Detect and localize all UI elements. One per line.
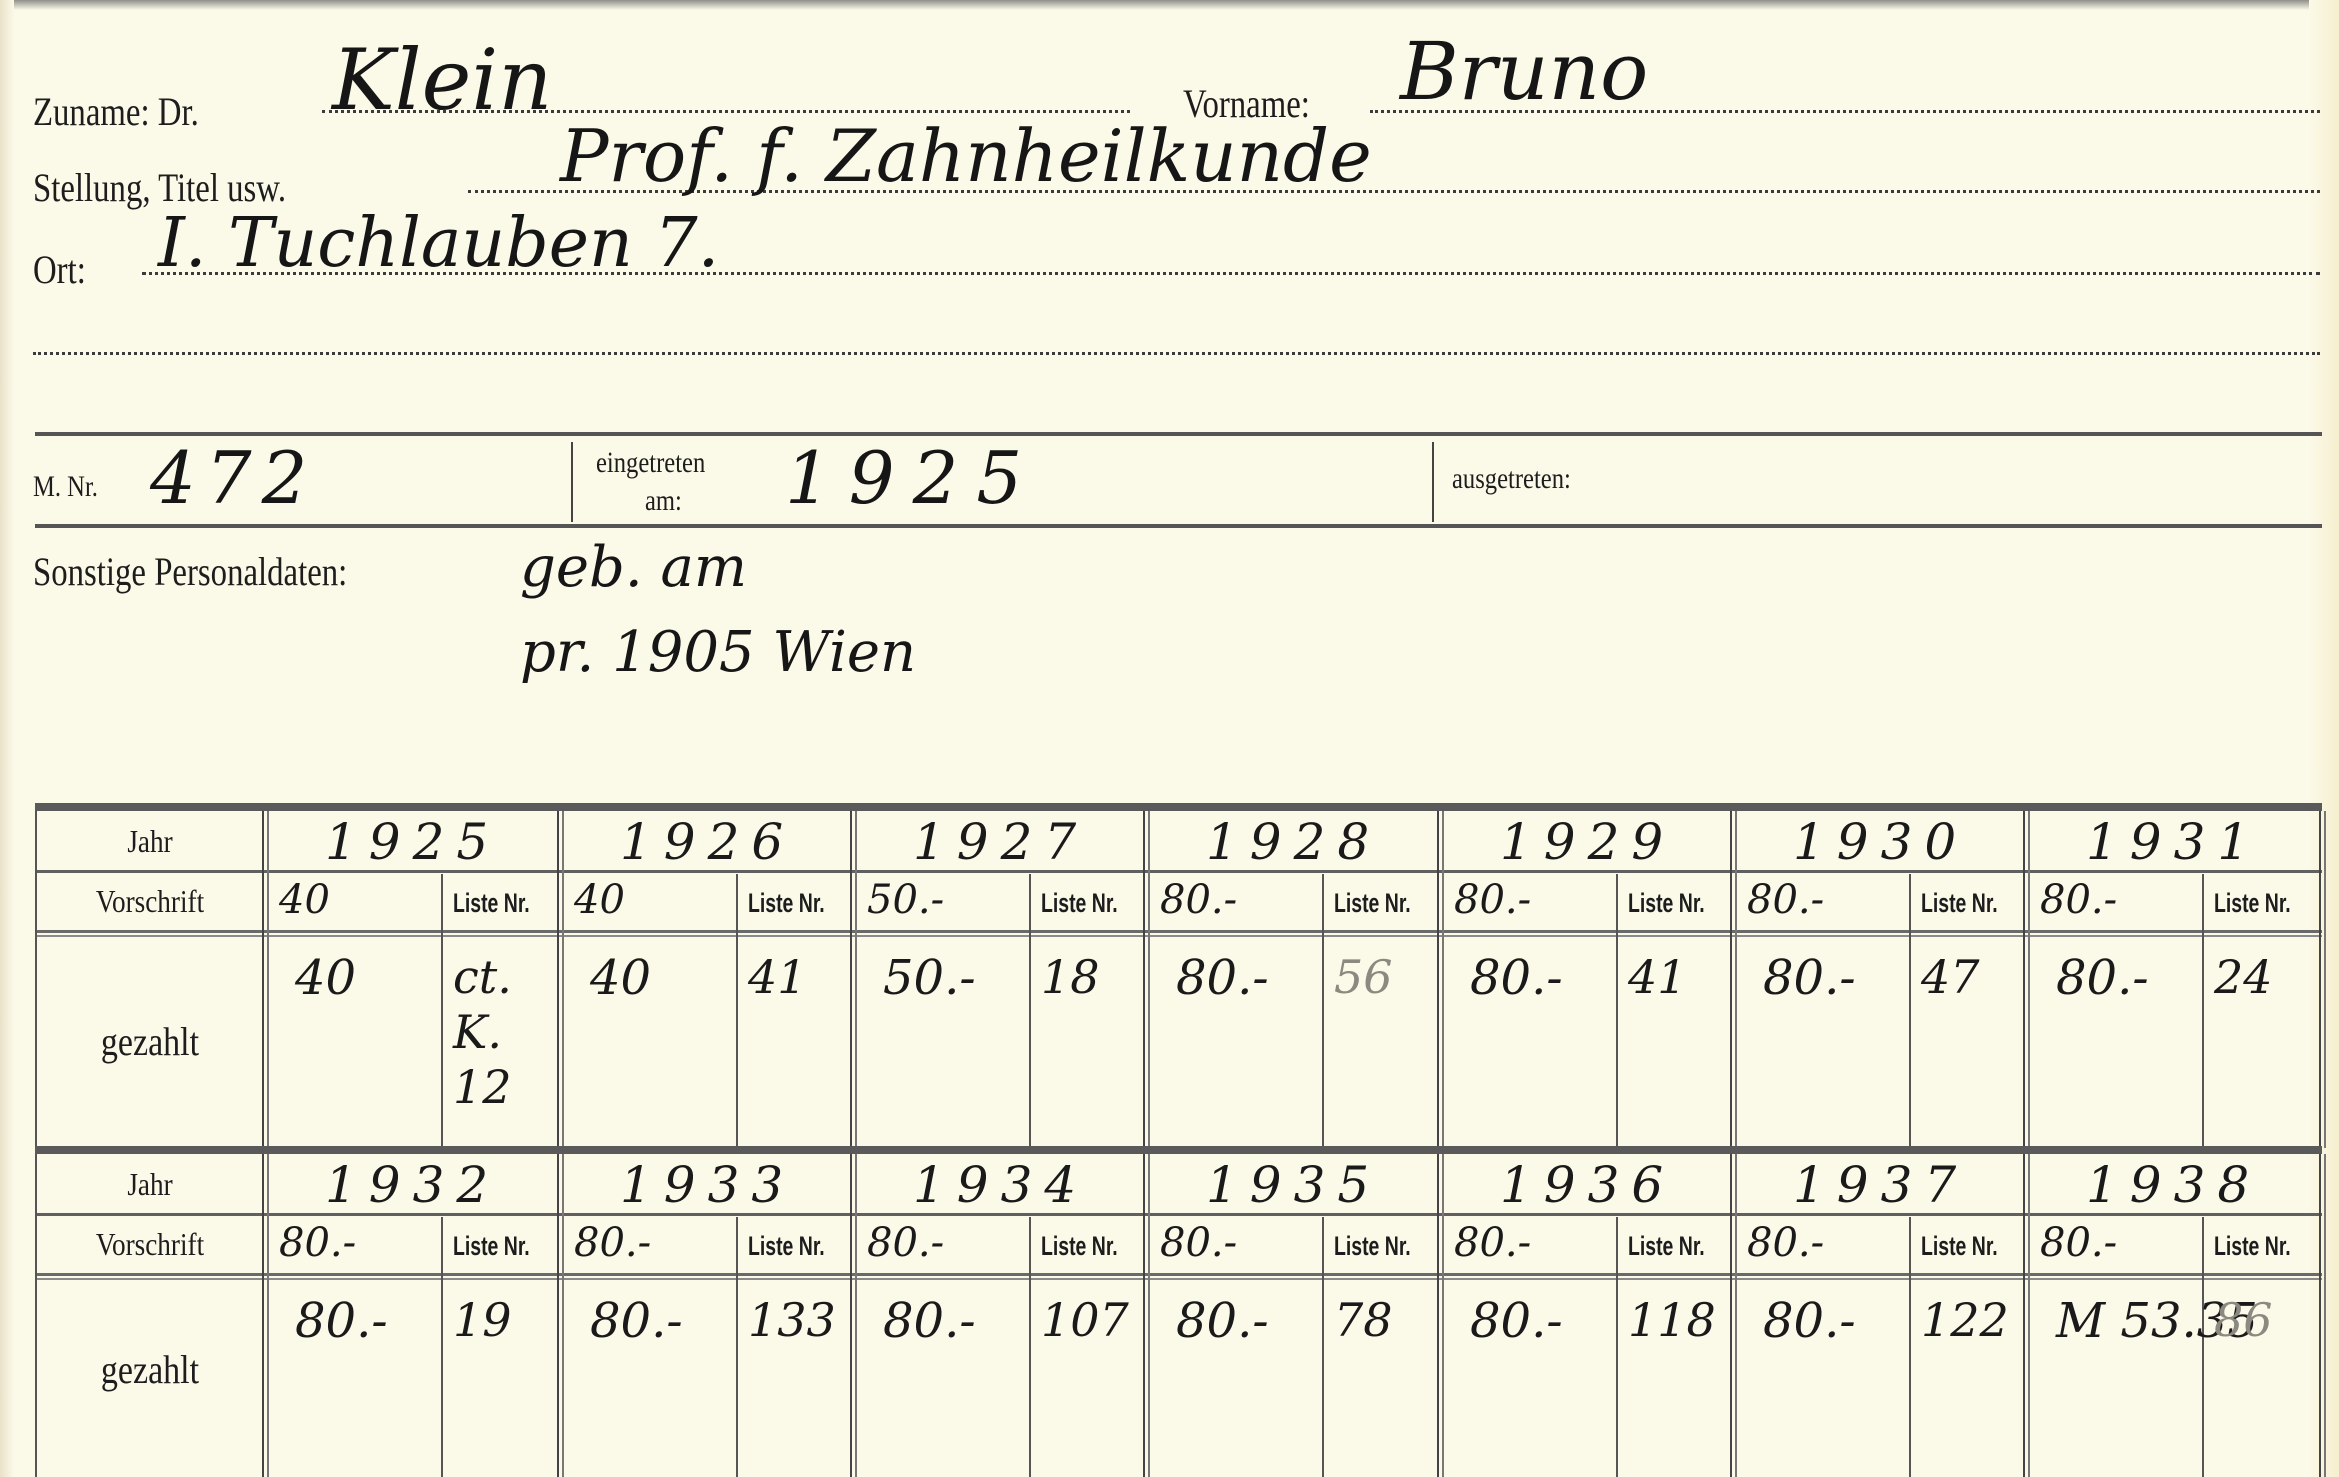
paid-amount-cell: 80.- xyxy=(1176,950,1269,1006)
paid-list-number-cell: 41 xyxy=(1628,950,1728,1005)
table-left-border xyxy=(35,1154,37,1477)
year-cell: 1927 xyxy=(913,813,1088,871)
year-column-border xyxy=(262,811,269,1148)
required-amount-cell: 40 xyxy=(279,877,330,923)
required-amount-cell: 80.- xyxy=(279,1220,356,1266)
list-number-header: Liste Nr. xyxy=(748,1231,825,1262)
required-amount-cell: 40 xyxy=(574,877,625,923)
scan-top-shadow xyxy=(0,0,2339,10)
paid-amount-cell: 50.- xyxy=(883,950,976,1006)
dues-table-1925-1931: JahrVorschriftgezahlt192540Liste Nr.40ct… xyxy=(35,803,2322,1148)
personal-line-1: geb. am xyxy=(520,540,747,596)
position-label: Stellung, Titel usw. xyxy=(33,168,286,208)
required-amount-cell: 80.- xyxy=(1747,877,1824,923)
list-column-border xyxy=(1616,1217,1618,1477)
required-amount-cell: 80.- xyxy=(1454,877,1531,923)
list-column-border xyxy=(1909,874,1911,1148)
required-amount-cell: 80.- xyxy=(1160,1220,1237,1266)
left-label: ausgetreten: xyxy=(1452,464,1571,494)
year-cell: 1938 xyxy=(2086,1156,2261,1214)
list-number-header: Liste Nr. xyxy=(1334,1231,1411,1262)
year-cell: 1936 xyxy=(1500,1156,1675,1214)
list-number-header: Liste Nr. xyxy=(2214,888,2291,919)
surname-label: Zuname: Dr. xyxy=(33,92,199,132)
membership-top-rule xyxy=(35,432,2322,436)
required-row-label: Vorschrift xyxy=(52,883,248,920)
paid-list-number-cell: 133 xyxy=(748,1293,848,1348)
list-number-header: Liste Nr. xyxy=(1628,888,1705,919)
paid-amount-cell: 80.- xyxy=(2056,950,2149,1006)
required-amount-cell: 80.- xyxy=(1454,1220,1531,1266)
member-number-label: M. Nr. xyxy=(33,472,98,502)
list-column-border xyxy=(1616,874,1618,1148)
year-cell: 1934 xyxy=(913,1156,1088,1214)
required-amount-cell: 80.- xyxy=(867,1220,944,1266)
list-number-header: Liste Nr. xyxy=(1921,1231,1998,1262)
list-number-header: Liste Nr. xyxy=(1334,888,1411,919)
list-number-header: Liste Nr. xyxy=(453,1231,530,1262)
list-number-header: Liste Nr. xyxy=(1921,888,1998,919)
required-amount-cell: 80.- xyxy=(2040,877,2117,923)
required-amount-cell: 80.- xyxy=(1160,877,1237,923)
paid-list-number-cell: 122 xyxy=(1921,1293,2021,1348)
year-cell: 1932 xyxy=(325,1156,500,1214)
year-column-border xyxy=(1143,1154,1150,1477)
table-right-border xyxy=(2319,1154,2326,1477)
place-label: Ort: xyxy=(33,250,86,290)
paid-row-label: gezahlt xyxy=(52,1346,248,1393)
paid-amount-cell: 80.- xyxy=(1763,950,1856,1006)
list-column-border xyxy=(736,874,738,1148)
table-top-rule xyxy=(35,1146,2322,1154)
list-number-header: Liste Nr. xyxy=(1628,1231,1705,1262)
paid-list-number-cell: 118 xyxy=(1628,1293,1728,1348)
list-column-border xyxy=(2202,874,2204,1148)
membership-bottom-rule xyxy=(35,524,2322,528)
paid-list-number-cell: 107 xyxy=(1041,1293,1141,1348)
year-column-border xyxy=(2023,811,2030,1148)
required-amount-cell: 80.- xyxy=(574,1220,651,1266)
list-number-header: Liste Nr. xyxy=(748,888,825,919)
list-column-border xyxy=(1909,1217,1911,1477)
year-column-border xyxy=(1730,811,1737,1148)
paid-amount-cell: 80.- xyxy=(590,1293,683,1349)
year-cell: 1931 xyxy=(2086,813,2261,871)
list-number-header: Liste Nr. xyxy=(1041,888,1118,919)
required-row-rule xyxy=(35,930,2322,937)
required-row-label: Vorschrift xyxy=(52,1226,248,1263)
paid-list-number-cell: 18 xyxy=(1041,950,1141,1005)
year-cell: 1926 xyxy=(620,813,795,871)
table-right-border xyxy=(2319,811,2326,1148)
joined-label-line2: am: xyxy=(645,486,682,516)
year-cell: 1933 xyxy=(620,1156,795,1214)
personal-line-2: pr. 1905 Wien xyxy=(520,625,916,681)
position-value: Prof. f. Zahnheilkunde xyxy=(560,120,1372,192)
paid-list-number-cell: 41 xyxy=(748,950,848,1005)
required-row-rule xyxy=(35,1273,2322,1280)
list-column-border xyxy=(1322,874,1324,1148)
required-amount-cell: 80.- xyxy=(2040,1220,2117,1266)
year-column-border xyxy=(850,811,857,1148)
paid-list-number-cell: 86 xyxy=(2214,1293,2314,1348)
dues-table-1932-1938: JahrVorschriftgezahlt193280.-Liste Nr.80… xyxy=(35,1146,2322,1477)
membership-divider-2 xyxy=(1432,442,1434,522)
paid-amount-cell: 80.- xyxy=(1470,950,1563,1006)
year-column-border xyxy=(557,1154,564,1477)
joined-value: 1925 xyxy=(785,442,1040,514)
year-column-border xyxy=(262,1154,269,1477)
joined-label-line1: eingetreten xyxy=(596,448,705,478)
year-cell: 1929 xyxy=(1500,813,1675,871)
year-column-border xyxy=(1143,811,1150,1148)
list-column-border xyxy=(441,1217,443,1477)
table-top-rule xyxy=(35,803,2322,811)
paid-amount-cell: 80.- xyxy=(883,1293,976,1349)
paid-list-number-cell: 47 xyxy=(1921,950,2021,1005)
year-column-border xyxy=(1437,1154,1444,1477)
list-column-border xyxy=(1029,1217,1031,1477)
paid-list-number-cell: 24 xyxy=(2214,950,2314,1005)
list-number-header: Liste Nr. xyxy=(2214,1231,2291,1262)
membership-divider-1 xyxy=(571,442,573,522)
card-left-edge xyxy=(0,0,14,1477)
list-column-border xyxy=(1322,1217,1324,1477)
list-column-border xyxy=(1029,874,1031,1148)
year-column-border xyxy=(1730,1154,1737,1477)
list-column-border xyxy=(736,1217,738,1477)
paid-list-number-cell: 78 xyxy=(1334,1293,1434,1348)
year-row-label: Jahr xyxy=(52,1166,248,1203)
paid-amount-cell: 40 xyxy=(590,950,651,1006)
year-row-label: Jahr xyxy=(52,823,248,860)
paid-amount-cell: 80.- xyxy=(1763,1293,1856,1349)
year-column-border xyxy=(557,811,564,1148)
year-cell: 1928 xyxy=(1206,813,1381,871)
year-cell: 1937 xyxy=(1793,1156,1968,1214)
list-number-header: Liste Nr. xyxy=(453,888,530,919)
paid-amount-cell: 80.- xyxy=(1470,1293,1563,1349)
surname-value: Klein xyxy=(332,38,552,122)
year-cell: 1925 xyxy=(325,813,500,871)
firstname-value: Bruno xyxy=(1400,32,1648,112)
year-cell: 1930 xyxy=(1793,813,1968,871)
paid-list-number-cell: 56 xyxy=(1334,950,1434,1005)
year-column-border xyxy=(1437,811,1444,1148)
blank-line xyxy=(33,352,2320,355)
year-column-border xyxy=(850,1154,857,1477)
year-column-border xyxy=(2023,1154,2030,1477)
year-cell: 1935 xyxy=(1206,1156,1381,1214)
paid-amount-cell: 40 xyxy=(295,950,356,1006)
table-left-border xyxy=(35,811,37,1148)
paid-row-label: gezahlt xyxy=(52,1018,248,1065)
required-amount-cell: 80.- xyxy=(1747,1220,1824,1266)
member-number-value: 472 xyxy=(150,442,317,514)
list-column-border xyxy=(441,874,443,1148)
paid-amount-cell: 80.- xyxy=(295,1293,388,1349)
paid-list-number-cell: ct. K. 12 xyxy=(453,950,553,1116)
list-number-header: Liste Nr. xyxy=(1041,1231,1118,1262)
place-value: I. Tuchlauben 7. xyxy=(158,210,719,278)
required-amount-cell: 50.- xyxy=(867,877,944,923)
paid-list-number-cell: 19 xyxy=(453,1293,553,1348)
paid-amount-cell: 80.- xyxy=(1176,1293,1269,1349)
personal-label: Sonstige Personaldaten: xyxy=(33,552,347,592)
